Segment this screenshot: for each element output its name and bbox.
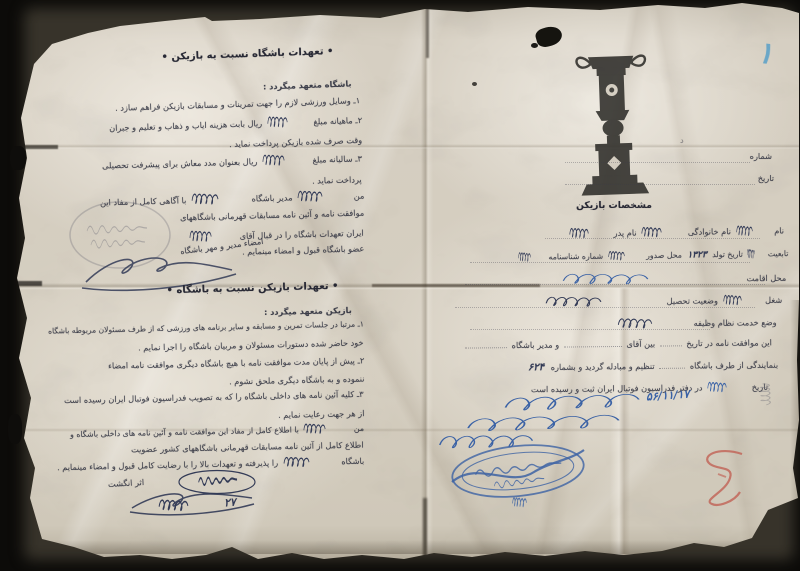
player-clause-line1: من با اطلاع کامل از مفاد این موافقت نامه… [70,422,364,439]
player-clause-me: من [354,424,364,433]
agreement-line1-pre: این موافقت نامه در تاریخ [686,337,772,348]
edge-tear-mark-upper [10,146,26,170]
club-item-2-line2: وقت صرف شده بازیکن پرداخت نماید . [229,135,362,149]
date-label: تاریخ [758,173,774,183]
heading2-ornament-right: • [332,281,339,292]
red-ink-scribble [688,446,760,510]
id-number-label: شماره شناسنامه [548,252,603,262]
clause-me: من [353,191,364,201]
handwritten-amount-yearly [262,153,308,166]
agreement-line1: این موافقت نامه در تاریخ بین آقای و مدیر… [463,336,772,350]
club-item-3-line1: ۳ـ سالیانه مبلغ ریال بعنوان مدد معاش برا… [102,151,362,170]
military-service-label: وضع خدمت نظام وظیفه [693,317,776,328]
club-item-2-post: ریال بابت هزینه ایاب و ذهاب و تعلیم و جب… [109,118,262,133]
handwritten-day-flourish [158,499,220,511]
player-clause-text1: با اطلاع کامل از مفاد این موافقت نامه و … [70,425,299,439]
handwritten-club-name [190,192,246,205]
job-label: شغل [765,295,782,305]
number-label: شماره [750,151,772,161]
club-item-2-line1: ۲ـ ماهیانه مبلغ ریال بابت هزینه ایاب و ذ… [109,113,362,133]
heading2-ornament-left: • [166,285,173,296]
club-item-3-pre: ۳ـ سالیانه مبلغ [312,153,362,164]
horizontal-fold-upper-dark-left [0,145,58,149]
number-leader-line [565,162,750,163]
agreement-line1-end: و مدیر باشگاه [512,340,560,350]
vertical-fold-dark-bottom [423,498,427,571]
club-obligations-heading-row: • تعهدات باشگاه نسبت به بازیکن • [150,46,345,64]
agreement-line1-mid: بین آقای [626,339,655,349]
player-item-1-line2: خود حاضر شده دستورات مسئولان و مربیان با… [138,337,364,352]
nationality-label: تابعیت [767,249,788,258]
player-item-3-line1: ۳ـ کلیه آئین نامه های داخلی باشگاه را که… [64,389,364,405]
club-obligations-intro: باشگاه متعهد میگردد : [263,78,352,91]
ink-blot [534,24,564,49]
handwritten-id-number [518,252,544,262]
handwritten-manager-name [297,189,349,202]
agreement-blank-player [564,338,622,348]
issue-place-label: محل صدور [646,251,682,260]
row2-leader-line [470,262,750,263]
handwritten-name [735,225,769,236]
club-item-2-pre: ۲ـ ماهیانه مبلغ [313,115,362,127]
father-name-label: نام پدر [614,228,637,238]
trophy-emblem [571,49,654,204]
ink-blot-tail [531,43,538,48]
player-clause-line2: اطلاع کامل از آئین نامه مسابقات قهرمانی … [131,440,364,455]
aged-paper-sheet: • تعهدات باشگاه نسبت به بازیکن • باشگاه … [0,0,800,571]
club-clause-line2: موافقت نامه و آئین نامه مسابقات قهرمانی … [180,208,364,223]
edge-tear-mark-lower [8,414,22,444]
birth-date-label: تاریخ تولد [712,250,743,259]
handwritten-day: ۲۷ [223,496,236,510]
field-row-identity: تابعیت تاریخ تولد ۱۳۲۳ محل صدور شماره شن… [516,248,789,263]
birth-year-value: ۱۳۲۳ [687,250,706,260]
field-row-name: نام نام خانوادگی نام پدر [567,224,784,238]
handwritten-nationality [747,248,763,258]
handwritten-military-status [616,317,688,329]
registration-number: ۶۲۴ [528,362,544,373]
residence-label: محل اقامت [746,273,786,283]
club-item-1: ۱ـ وسایل ورزشی لازم را جهت تمرینات و مسا… [115,95,360,113]
stamp-small-mark [512,497,542,507]
row5-leader-line [470,329,710,330]
handwritten-amount-monthly [266,115,308,128]
handwritten-education [544,295,662,307]
horizontal-fold-dark-left [0,281,42,286]
row1-leader-line [545,238,760,239]
federation-stamp [448,440,588,504]
row4-leader-line [455,307,755,308]
player-item-3-line2: از هر جهت رعایت نمایم . [277,408,364,420]
club-item-3-post: ریال بعنوان مدد معاش برای پیشرفت تحصیلی [102,156,258,170]
name-label: نام [774,225,784,235]
handwritten-club-name-2 [282,455,336,467]
right-edge-shading [790,300,800,510]
agreement-line2: بنمایندگی از طرف باشگاه تنظیم و مبادله گ… [524,359,778,374]
agreement-line2-mid: تنظیم و مبادله گردید و بشماره [551,361,655,372]
clause-manager-label: مدیر باشگاه [251,192,292,203]
player-item-2-line1: ۲ـ پیش از پایان مدت موافقت نامه با هیچ ب… [108,355,364,370]
paper-speck [472,82,477,86]
club-item-3-line2: پرداخت نماید . [312,174,362,185]
agreement-blank-date [660,337,682,346]
handwritten-player-name-2 [303,422,349,434]
handwritten-family-name [641,226,683,238]
field-row-job: شغل وضعیت تحصیل [542,294,782,308]
family-name-label: نام خانوادگی [688,226,731,237]
agreement-blank-manager [465,339,507,348]
agreement-line2-pre: بنمایندگی از طرف باشگاه [690,360,778,371]
player-clause-club-label: باشگاه [341,456,364,466]
heading-ornament-left: • [161,52,168,63]
handwritten-father-name [569,227,609,239]
stray-letter: د [680,135,684,145]
heading-ornament-right: • [327,46,334,57]
field-row-military: وضع خدمت نظام وظیفه [614,316,776,329]
player-details-heading: مشخصات بازیکن [568,200,660,211]
handwritten-job [722,294,760,305]
date-leader-line [565,184,755,185]
player-item-1-line1: ۱ـ مرتبا در جلسات تمرین و مسابقه و سایر … [48,319,364,335]
row3-leader-line [465,284,765,285]
document-photo: • تعهدات باشگاه نسبت به بازیکن • باشگاه … [0,0,800,571]
agreement-blank-club [659,360,685,369]
player-obligations-intro: بازیکن متعهد میگردد : [264,305,352,317]
club-clause-line3: ایران تعهدات باشگاه را در قبال آقای [187,226,364,243]
handwritten-issue-place [607,250,641,260]
player-item-2-line2: ننموده و به باشگاه دیگری ملحق نشوم . [228,374,364,387]
club-obligations-heading: تعهدات باشگاه نسبت به بازیکن [171,46,324,62]
education-label: وضعیت تحصیل [666,295,717,306]
vertical-fold-center [421,0,433,571]
blue-corner-mark: ۱ [755,35,775,71]
